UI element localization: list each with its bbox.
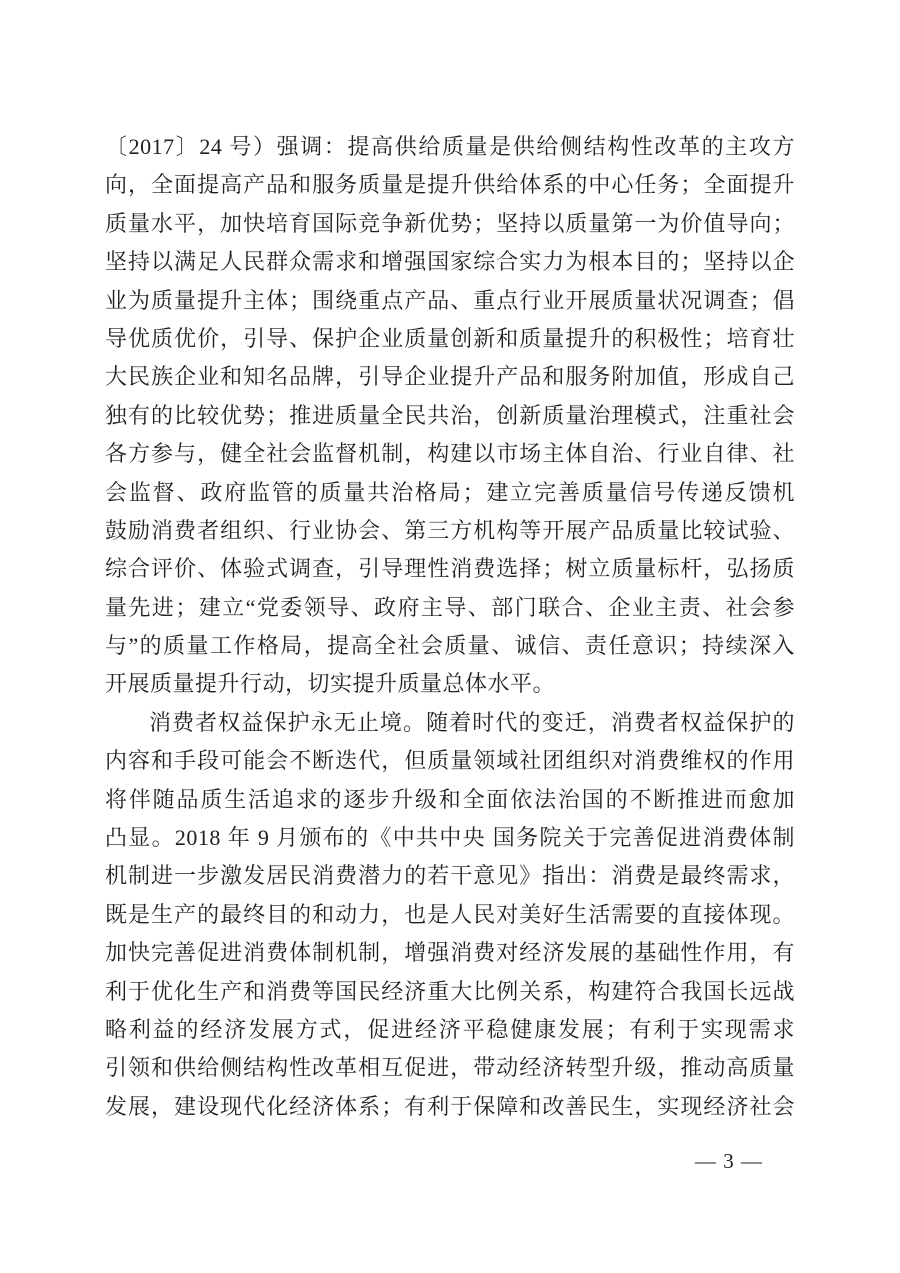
page-number: — 3 — xyxy=(695,1148,763,1174)
text-line: 略利益的经济发展方式，促进经济平稳健康发展；有利于实现需求 xyxy=(105,1011,795,1049)
text-line: 将伴随品质生活追求的逐步升级和全面依法治国的不断推进而愈加 xyxy=(105,781,795,819)
text-line: 与”的质量工作格局，提高全社会质量、诚信、责任意识；持续深入 xyxy=(105,627,795,665)
text-line: 会监督、政府监管的质量共治格局；建立完善质量信号传递反馈机制， xyxy=(105,474,795,512)
text-line: 消费者权益保护永无止境。随着时代的变迁，消费者权益保护的 xyxy=(105,704,795,742)
text-line: 机制进一步激发居民消费潜力的若干意见》指出：消费是最终需求， xyxy=(105,857,795,895)
text-line: 导优质优价，引导、保护企业质量创新和质量提升的积极性；培育壮 xyxy=(105,320,795,358)
body-text: 〔2017〕24 号）强调：提高供给质量是供给侧结构性改革的主攻方向，全面提高产… xyxy=(105,128,795,1126)
text-line: 鼓励消费者组织、行业协会、第三方机构等开展产品质量比较试验、 xyxy=(105,512,795,550)
text-line: 独有的比较优势；推进质量全民共治，创新质量治理模式，注重社会 xyxy=(105,397,795,435)
text-line: 各方参与，健全社会监督机制，构建以市场主体自治、行业自律、社 xyxy=(105,435,795,473)
text-line: 凸显。2018 年 9 月颁布的《中共中央 国务院关于完善促进消费体制 xyxy=(105,819,795,857)
text-line: 开展质量提升行动，切实提升质量总体水平。 xyxy=(105,665,795,703)
text-line: 引领和供给侧结构性改革相互促进，带动经济转型升级，推动高质量 xyxy=(105,1049,795,1087)
text-line: 业为质量提升主体；围绕重点产品、重点行业开展质量状况调查；倡 xyxy=(105,282,795,320)
paragraph-2: 消费者权益保护永无止境。随着时代的变迁，消费者权益保护的内容和手段可能会不断迭代… xyxy=(105,704,795,1126)
text-line: 〔2017〕24 号）强调：提高供给质量是供给侧结构性改革的主攻方 xyxy=(105,128,795,166)
paragraph-1: 〔2017〕24 号）强调：提高供给质量是供给侧结构性改革的主攻方向，全面提高产… xyxy=(105,128,795,704)
text-line: 发展，建设现代化经济体系；有利于保障和改善民生，实现经济社会 xyxy=(105,1088,795,1126)
text-line: 坚持以满足人民群众需求和增强国家综合实力为根本目的；坚持以企 xyxy=(105,243,795,281)
text-line: 量先进；建立“党委领导、政府主导、部门联合、企业主责、社会参 xyxy=(105,589,795,627)
text-line: 质量水平，加快培育国际竞争新优势；坚持以质量第一为价值导向； xyxy=(105,205,795,243)
text-line: 既是生产的最终目的和动力，也是人民对美好生活需要的直接体现。 xyxy=(105,896,795,934)
text-line: 加快完善促进消费体制机制，增强消费对经济发展的基础性作用，有 xyxy=(105,934,795,972)
text-line: 向，全面提高产品和服务质量是提升供给体系的中心任务；全面提升 xyxy=(105,166,795,204)
document-page: 〔2017〕24 号）强调：提高供给质量是供给侧结构性改革的主攻方向，全面提高产… xyxy=(0,0,900,1273)
text-line: 内容和手段可能会不断迭代，但质量领域社团组织对消费维权的作用 xyxy=(105,742,795,780)
text-line: 综合评价、体验式调查，引导理性消费选择；树立质量标杆，弘扬质 xyxy=(105,550,795,588)
text-line: 大民族企业和知名品牌，引导企业提升产品和服务附加值，形成自己 xyxy=(105,358,795,396)
text-line: 利于优化生产和消费等国民经济重大比例关系，构建符合我国长远战 xyxy=(105,973,795,1011)
